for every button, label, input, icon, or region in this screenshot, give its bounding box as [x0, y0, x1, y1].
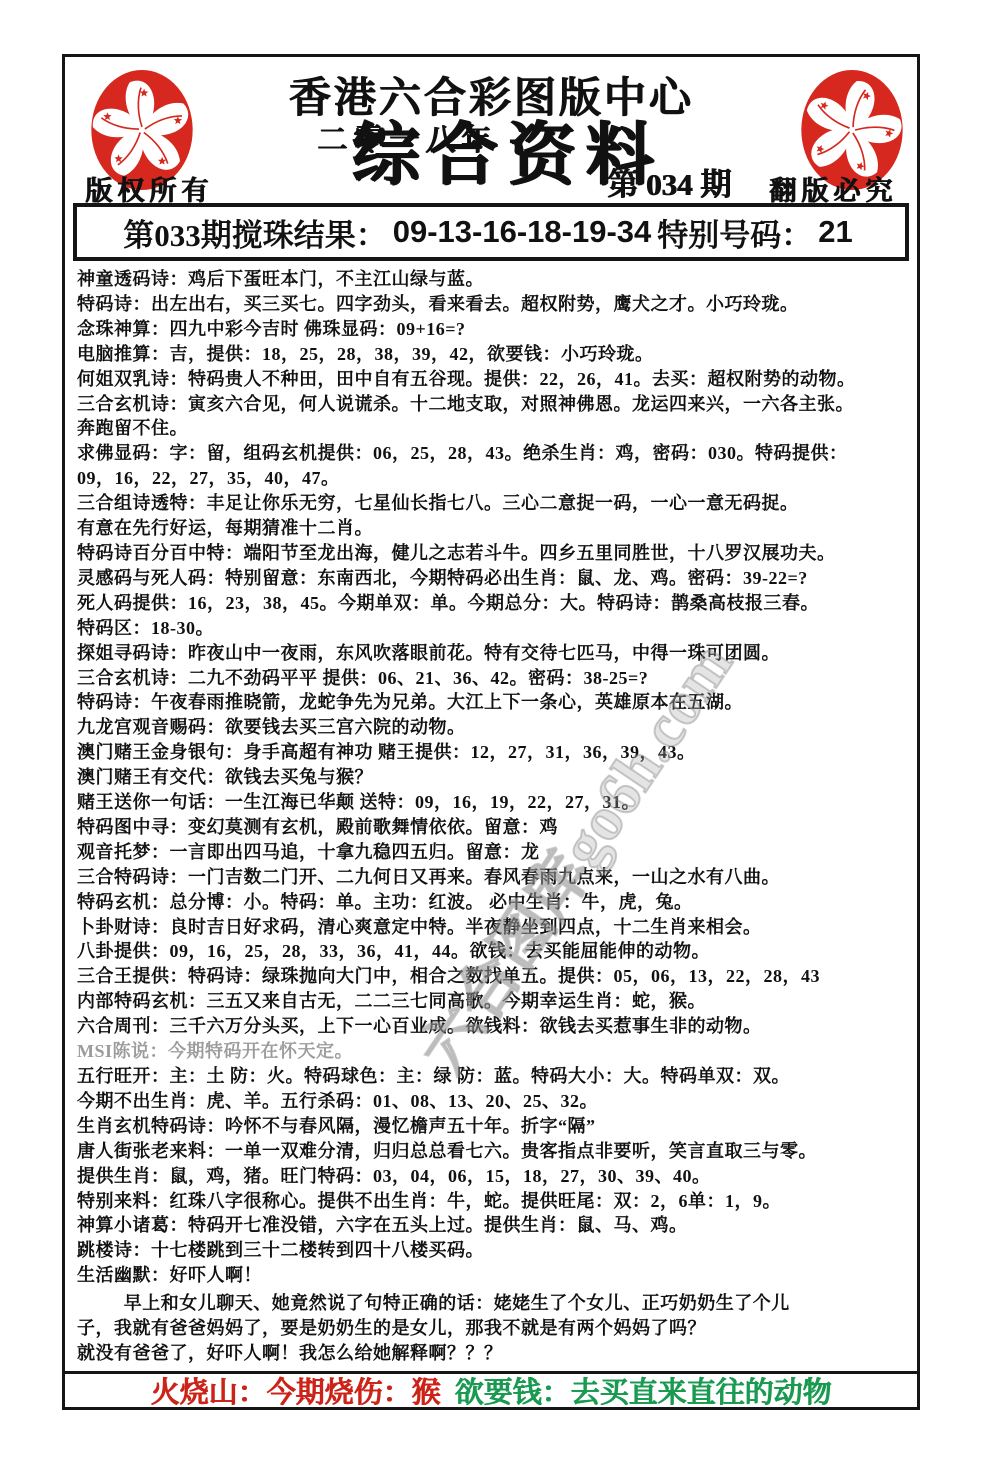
body-line: 三合王提供：特码诗：绿珠抛向大门中，相合之数找单五。提供：05，06，13，22…: [77, 964, 905, 989]
body-line: 卜卦财诗：良时吉日好求码，清心爽意定中特。半夜静坐到四点，十二生肖来相会。: [77, 915, 905, 940]
body-line: 求佛显码：字：留，组码玄机提供：06，25，28，43。绝杀生肖：鸡，密码：03…: [77, 441, 905, 466]
lottery-sheet: 香港六合彩图版中心 二零一八年 综合资料 第 034 期 版权所有 翻版必究 第…: [62, 54, 920, 1410]
footer-tip-strip: 火烧山：今期烧伤：猴 欲要钱：去买直来直往的动物: [65, 1371, 917, 1407]
body-line: 生肖玄机特码诗：吟怀不与春风隔，漫忆檐声五十年。折字“隔”: [77, 1114, 905, 1139]
body-line: 特码玄机：总分博：小。特码：单。主功：红波。 必中生肖：牛，虎，兔。: [77, 890, 905, 915]
footer-red-text: 火烧山：今期烧伤：猴: [150, 1370, 440, 1410]
body-line: 生活幽默：好吓人啊！: [77, 1263, 905, 1288]
body-line: 神算小诸葛：特码开七准没错，六字在五头上过。提供生肖：鼠、马、鸡。: [77, 1213, 905, 1238]
result-label: 第033期搅珠结果：: [123, 210, 387, 255]
body-line: 灵感码与死人码：特别留意：东南西北，今期特码必出生肖：鼠、龙、鸡。密码：39-2…: [77, 566, 905, 591]
body-line: 09，16，22，27，35，40，47。: [77, 466, 905, 491]
body-line: 何姐双乳诗：特码贵人不种田，田中自有五谷现。提供：22，26，41。去买：超权附…: [77, 367, 905, 392]
copyright-left: 版权所有: [85, 169, 213, 208]
body-line: 死人码提供：16，23，38，45。今期单双：单。今期总分：大。特码诗：鹊桑高枝…: [77, 591, 905, 616]
humor-story-line: 子，我就有爸爸妈妈了，要是奶奶生的是女儿，那我不就是有两个妈妈了吗？: [77, 1316, 905, 1341]
body-line: 观音托梦：一言即出四马追，十拿九稳四五归。留意：龙: [77, 840, 905, 865]
body-line: 神童透码诗：鸡后下蛋旺本门，不主江山绿与蓝。: [77, 267, 905, 292]
issue-number: 第 034 期: [607, 159, 731, 204]
body-line: 奔跑留不住。: [77, 416, 905, 441]
body-line: 九龙宫观音赐码：欲要钱去买三宫六院的动物。: [77, 715, 905, 740]
body-line: 五行旺开：主：土 防：火。特码球色：主：绿 防：蓝。特码大小：大。特码单双：双。: [77, 1064, 905, 1089]
body-line: 唐人街张老来料：一单一双难分清，归归总总看七六。贵客指点非要听，笑言直取三与零。: [77, 1139, 905, 1164]
body-line: 澳门赌王金身银句：身手高超有神功 赌王提供：12，27，31，36，39，43。: [77, 740, 905, 765]
special-number-label: 特别号码：: [657, 210, 812, 255]
body-line: 特码图中寻：变幻莫测有玄机，殿前歌舞情依依。留意：鸡: [77, 815, 905, 840]
sheet-header: 香港六合彩图版中心 二零一八年 综合资料 第 034 期 版权所有 翻版必究: [65, 57, 917, 203]
body-line: 三合组诗透特：丰足让你乐无穷，七星仙长指七八。三心二意捉一码，一心一意无码捉。: [77, 491, 905, 516]
body-line: 特码诗：出左出右，买三买七。四字劲头，看来看去。超权附势，鹰犬之才。小巧玲珑。: [77, 292, 905, 317]
body-line: 内部特码玄机：三五又来自古无，二二三七同高歌。今期幸运生肖：蛇，猴。: [77, 989, 905, 1014]
body-line: 探姐寻码诗：昨夜山中一夜雨，东风吹落眼前花。特有交待七匹马，中得一珠可团圆。: [77, 641, 905, 666]
previous-draw-result-box: 第033期搅珠结果： 09-13-16-18-19-34 特别号码： 21: [73, 203, 909, 261]
body-line: 特码诗百分百中特：端阳节至龙出海，健儿之志若斗牛。四乡五里同胜世，十八罗汉展功夫…: [77, 541, 905, 566]
body-line: 特码诗：午夜春雨推晓箭，龙蛇争先为兄弟。大江上下一条心，英雄原本在五湖。: [77, 690, 905, 715]
body-line: 今期不出生肖：虎、羊。五行杀码：01、08、13、20、25、32。: [77, 1089, 905, 1114]
body-line: 电脑推算：吉，提供：18，25，28，38，39，42，欲要钱：小巧玲珑。: [77, 342, 905, 367]
humor-story-line: 就没有爸爸了，好吓人啊！我怎么给她解释啊？？？: [77, 1341, 905, 1366]
result-numbers: 09-13-16-18-19-34: [393, 214, 652, 250]
tips-content: 神童透码诗：鸡后下蛋旺本门，不主江山绿与蓝。 特码诗：出左出右，买三买七。四字劲…: [65, 261, 917, 1366]
body-line: 跳楼诗：十七楼跳到三十二楼转到四十八楼买码。: [77, 1238, 905, 1263]
body-line: 八卦提供：09，16，25，28，33，36，41，44。欲钱：去买能屈能伸的动…: [77, 939, 905, 964]
body-line: 念珠神算：四九中彩今吉时 佛珠显码：09+16=?: [77, 317, 905, 342]
body-line: 澳门赌王有交代：欲钱去买兔与猴？: [77, 765, 905, 790]
humor-story-line: 早上和女儿聊天、她竟然说了句特正确的话：姥姥生了个女儿、正巧奶奶生了个儿: [77, 1291, 905, 1316]
body-line: 六合周刊：三千六万分头买，上下一心百业成。欲钱料：欲钱去买惹事生非的动物。: [77, 1014, 905, 1039]
copyright-right: 翻版必究: [769, 169, 897, 208]
body-line: 特别来料：红珠八字很称心。提供不出生肖：牛，蛇。提供旺尾：双：2，6单：1，9。: [77, 1189, 905, 1214]
body-line: 三合玄机诗：二九不劲码平平 提供：06、21、36、42。密码：38-25=?: [77, 666, 905, 691]
special-number: 21: [818, 214, 852, 250]
body-line-msi: MSI陈说：今期特码开在怀天定。: [77, 1039, 905, 1064]
body-line: 三合特码诗：一门吉数二门开、二九何日又再来。春风春雨九点来，一山之水有八曲。: [77, 865, 905, 890]
body-line: 三合玄机诗：寅亥六合见，何人说谎杀。十二地支取，对照神佛恩。龙运四来兴，一六各主…: [77, 392, 905, 417]
body-line: 提供生肖：鼠，鸡，猪。旺门特码：03，04，06，15，18，27，30、39、…: [77, 1164, 905, 1189]
body-line: 有意在先行好运，每期猜准十二肖。: [77, 516, 905, 541]
body-line: 赌王送你一句话：一生江海已华颠 送特：09，16，19，22，27，31。: [77, 790, 905, 815]
footer-green-text: 欲要钱：去买直来直往的动物: [455, 1370, 832, 1410]
body-line: 特码区：18-30。: [77, 616, 905, 641]
